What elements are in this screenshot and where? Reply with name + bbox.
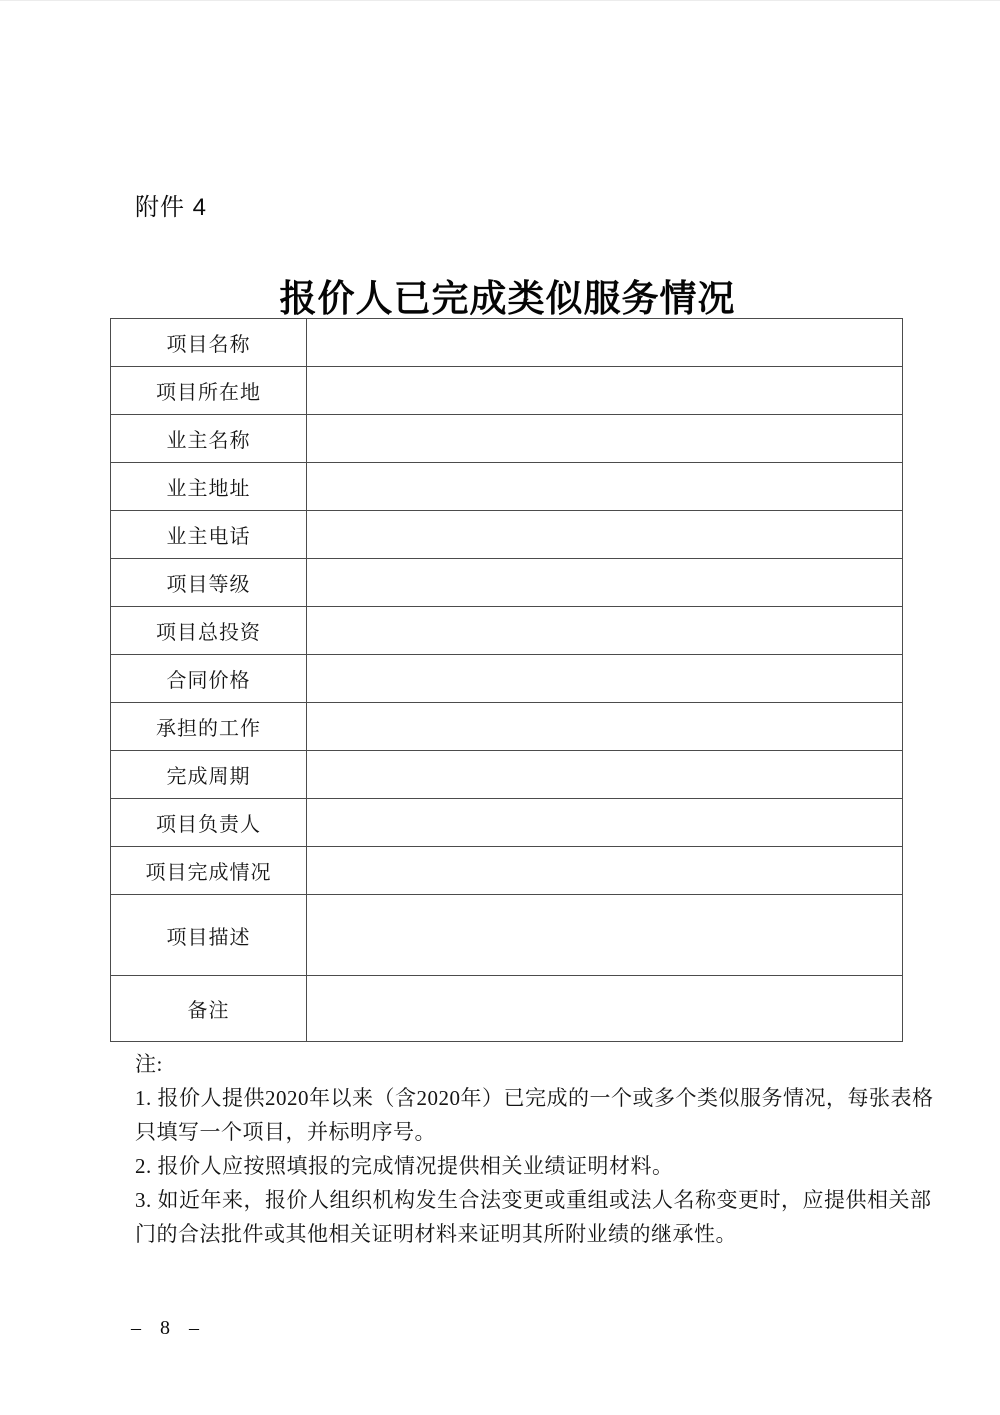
table-row: 完成周期 [111, 751, 903, 799]
row-value-completion-status [307, 847, 903, 895]
row-label-work-undertaken: 承担的工作 [111, 703, 307, 751]
row-label-total-investment: 项目总投资 [111, 607, 307, 655]
table-row: 项目名称 [111, 319, 903, 367]
table-row: 承担的工作 [111, 703, 903, 751]
row-label-project-grade: 项目等级 [111, 559, 307, 607]
table-row: 项目完成情况 [111, 847, 903, 895]
row-value-completion-period [307, 751, 903, 799]
row-label-owner-address: 业主地址 [111, 463, 307, 511]
table-row: 项目等级 [111, 559, 903, 607]
table-row: 项目负责人 [111, 799, 903, 847]
row-label-owner-phone: 业主电话 [111, 511, 307, 559]
table-row: 合同价格 [111, 655, 903, 703]
row-label-contract-price: 合同价格 [111, 655, 307, 703]
row-value-project-location [307, 367, 903, 415]
page-number: – 8 – [131, 1317, 204, 1340]
row-value-project-description [307, 895, 903, 976]
row-label-project-location: 项目所在地 [111, 367, 307, 415]
table-row: 备注 [111, 976, 903, 1042]
row-value-owner-address [307, 463, 903, 511]
row-label-completion-period: 完成周期 [111, 751, 307, 799]
note-line-3: 3. 如近年来，报价人组织机构发生合法变更或重组或法人名称变更时，应提供相关部 [135, 1183, 925, 1217]
row-value-remarks [307, 976, 903, 1042]
table-row: 业主地址 [111, 463, 903, 511]
table-row: 业主电话 [111, 511, 903, 559]
table-row: 项目总投资 [111, 607, 903, 655]
row-label-project-description: 项目描述 [111, 895, 307, 976]
row-value-total-investment [307, 607, 903, 655]
row-label-project-name: 项目名称 [111, 319, 307, 367]
row-value-owner-name [307, 415, 903, 463]
attachment-label: 附件 4 [135, 187, 207, 222]
row-value-contract-price [307, 655, 903, 703]
document-page: 附件 4 报价人已完成类似服务情况 项目名称 项目所在地 业主名称 业主地址 业… [0, 0, 1000, 1415]
similar-services-table: 项目名称 项目所在地 业主名称 业主地址 业主电话 项目等级 [110, 318, 903, 1042]
row-label-completion-status: 项目完成情况 [111, 847, 307, 895]
row-label-remarks: 备注 [111, 976, 307, 1042]
table-row: 项目描述 [111, 895, 903, 976]
row-value-work-undertaken [307, 703, 903, 751]
note-line-1: 1. 报价人提供2020年以来（含2020年）已完成的一个或多个类似服务情况，每… [135, 1081, 925, 1115]
notes-heading: 注: [135, 1047, 925, 1081]
notes-section: 注: 1. 报价人提供2020年以来（含2020年）已完成的一个或多个类似服务情… [135, 1047, 925, 1251]
row-label-project-manager: 项目负责人 [111, 799, 307, 847]
row-value-owner-phone [307, 511, 903, 559]
table-row: 项目所在地 [111, 367, 903, 415]
row-value-project-name [307, 319, 903, 367]
row-label-owner-name: 业主名称 [111, 415, 307, 463]
note-line-1-wrap: 只填写一个项目，并标明序号。 [135, 1115, 925, 1149]
row-value-project-manager [307, 799, 903, 847]
note-line-2: 2. 报价人应按照填报的完成情况提供相关业绩证明材料。 [135, 1149, 925, 1183]
page-title: 报价人已完成类似服务情况 [135, 268, 880, 322]
note-line-3-wrap: 门的合法批件或其他相关证明材料来证明其所附业绩的继承性。 [135, 1217, 925, 1251]
row-value-project-grade [307, 559, 903, 607]
table-row: 业主名称 [111, 415, 903, 463]
